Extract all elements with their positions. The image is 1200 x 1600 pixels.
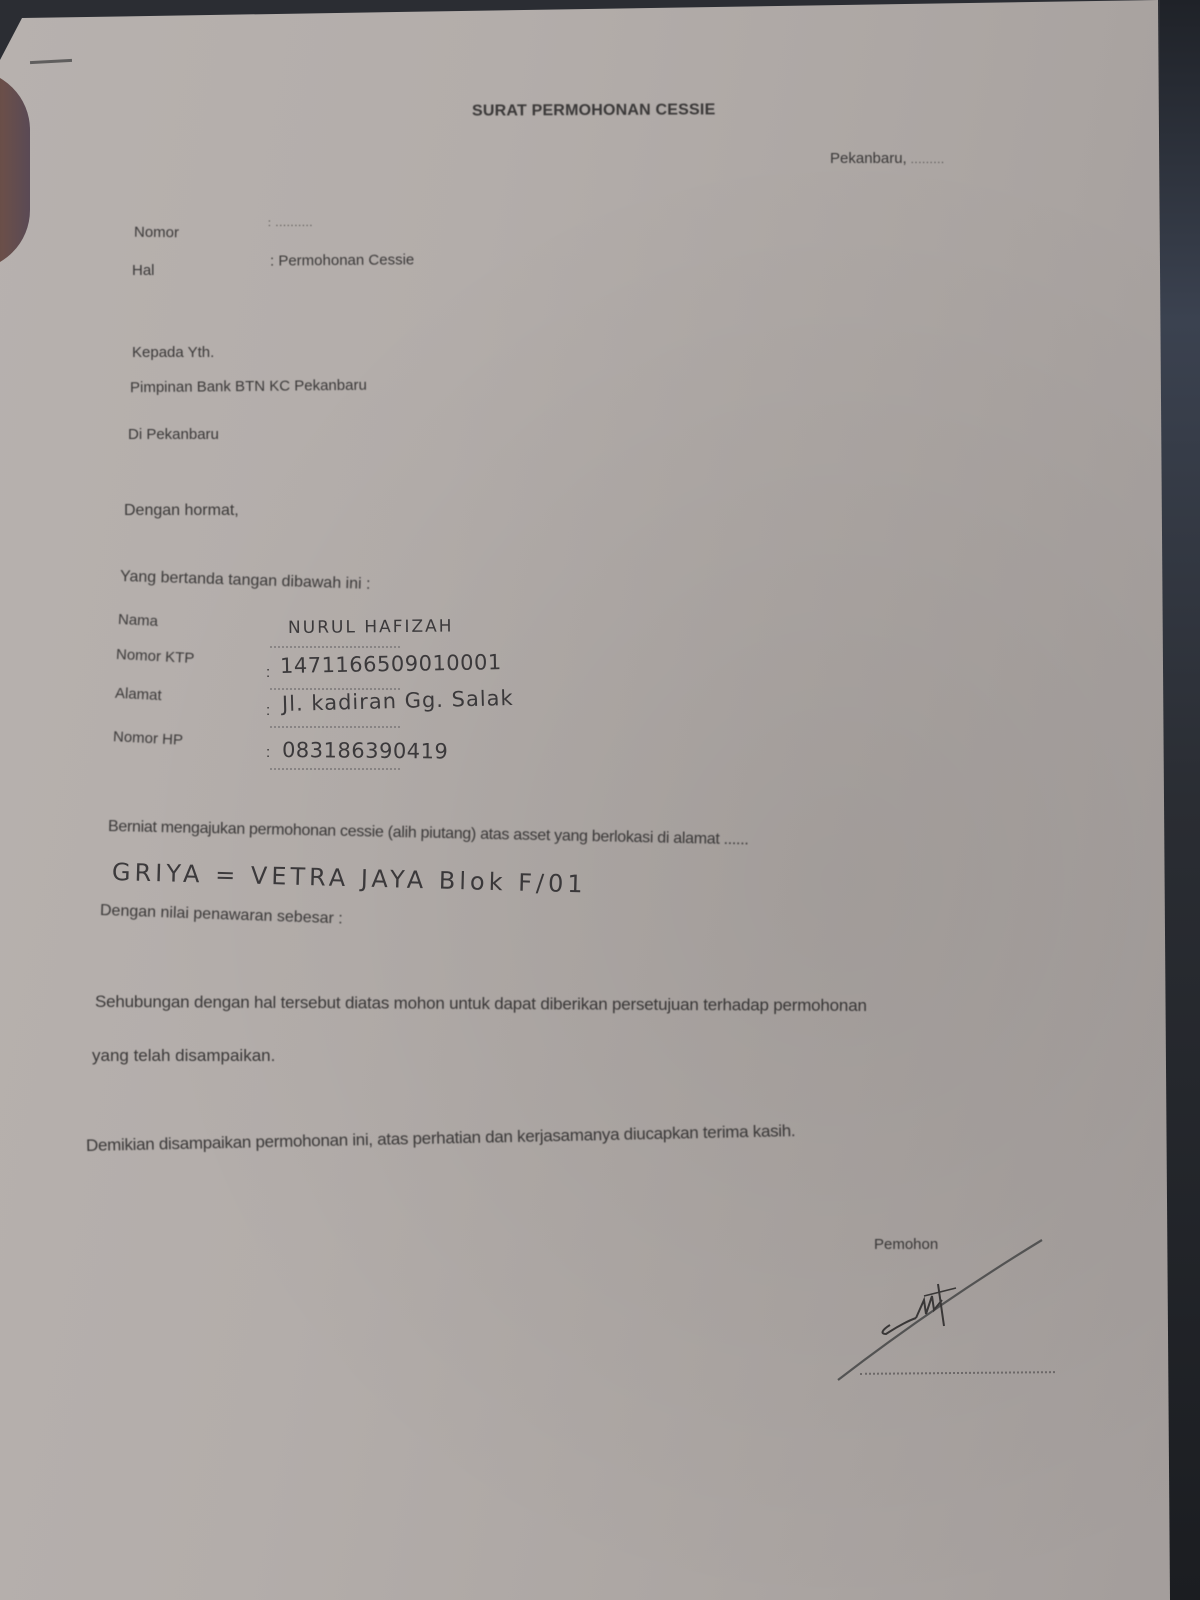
field-value-nama: NURUL HAFIZAH — [288, 617, 454, 638]
fill-line-alamat — [270, 726, 400, 728]
request-line-1: Sehubungan dengan hal tersebut diatas mo… — [95, 992, 867, 1016]
field-label-hal: Hal — [132, 262, 155, 279]
field-label-nomor: Nomor — [134, 224, 179, 242]
greeting: Dengan hormat, — [124, 502, 239, 520]
field-value-nomor: : .......... — [268, 218, 313, 229]
field-label-ktp: Nomor KTP — [116, 646, 195, 667]
separator-ktp: : — [266, 664, 270, 681]
place-date: Pekanbaru, ......... — [830, 150, 945, 167]
field-value-hal: : Permohonan Cessie — [270, 251, 414, 269]
separator-alamat: : — [266, 702, 270, 719]
fill-line-hp — [270, 768, 400, 770]
signature-icon — [820, 1230, 1060, 1390]
fill-line-ktp — [270, 688, 400, 690]
separator-hp: : — [266, 744, 270, 761]
recipient-location: Di Pekanbaru — [128, 426, 219, 443]
field-label-nama: Nama — [118, 611, 159, 630]
pen-mark — [30, 59, 72, 64]
field-value-alamat: Jl. kadiran Gg. Salak — [282, 686, 514, 716]
fill-line-nama — [270, 646, 400, 648]
intro-text: Yang bertanda tangan dibawah ini : — [120, 568, 371, 594]
document-title: SURAT PERMOHONAN CESSIE — [472, 101, 716, 120]
request-line-2: yang telah disampaikan. — [92, 1046, 275, 1066]
place-date-city: Pekanbaru, — [830, 150, 907, 167]
place-date-blank: ......... — [911, 155, 945, 166]
offer-text: Dengan nilai penawaran sebesar : — [100, 902, 343, 928]
signature-label: Pemohon — [874, 1236, 938, 1253]
asset-address: GRIYA = VETRA JAYA Blok F/01 — [112, 858, 587, 898]
field-value-hp: 083186390419 — [282, 738, 449, 763]
field-value-ktp: 1471166509010001 — [280, 650, 502, 678]
field-label-alamat: Alamat — [115, 685, 163, 704]
field-label-hp: Nomor HP — [113, 728, 184, 749]
signature-line — [860, 1371, 1055, 1375]
recipient-name: Pimpinan Bank BTN KC Pekanbaru — [130, 377, 367, 396]
recipient-salutation: Kepada Yth. — [132, 344, 214, 361]
intent-text: Berniat mengajukan permohonan cessie (al… — [108, 818, 749, 849]
paper-document: SURAT PERMOHONAN CESSIE Pekanbaru, .....… — [0, 0, 1200, 1600]
closing-text: Demikian disampaikan permohonan ini, ata… — [86, 1121, 796, 1156]
